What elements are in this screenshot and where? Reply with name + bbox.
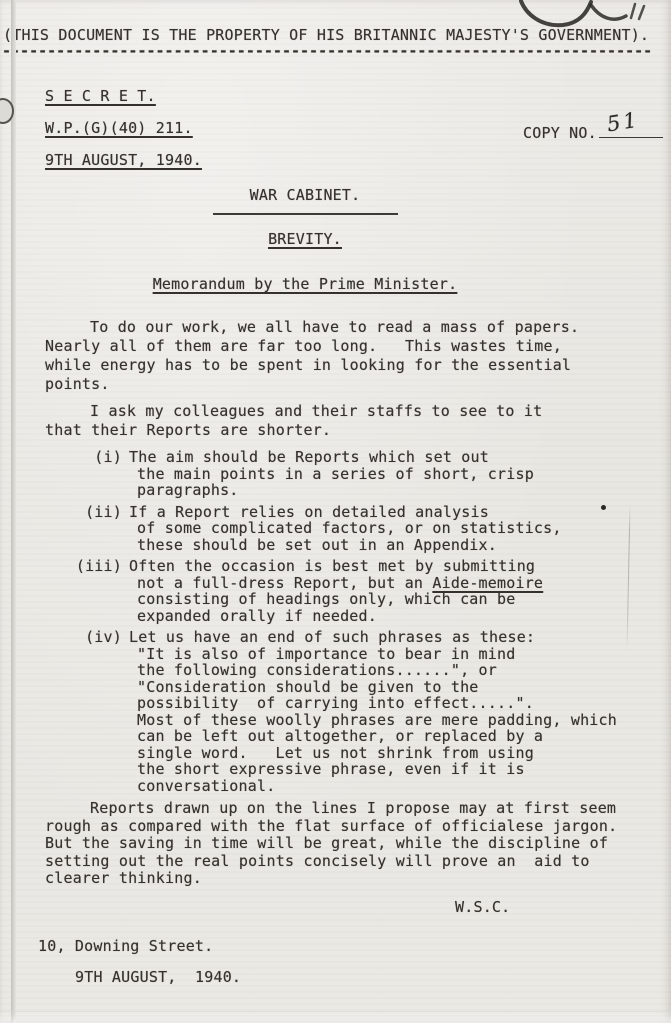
list-item: (iv) Let us have an end of such phrases … [45, 629, 671, 794]
address-line: 10, Downing Street. [38, 937, 671, 956]
list-item-marker: (i) [45, 449, 122, 499]
copy-number-value-handwritten: 51 [605, 110, 641, 136]
headings-block: WAR CABINET. BREVITY. Memorandum by the … [45, 186, 565, 294]
paper-reference: W.P.(G)(40) 211. [45, 119, 193, 137]
item-text-segment: Let us have an end of such phrases as th… [129, 628, 617, 795]
paragraph-2: I ask my colleagues and their staffs to … [45, 402, 671, 440]
list-item-text: Let us have an end of such phrases as th… [129, 629, 617, 794]
paragraph-1: To do our work, we all have to read a ma… [45, 318, 671, 394]
ink-speck [601, 505, 606, 510]
list-item: (ii) If a Report relies on detailed anal… [45, 504, 671, 554]
item-text-segment: The aim should be Reports which set out … [129, 448, 534, 499]
author-initials: W.S.C. [455, 898, 671, 917]
list-item-text: The aim should be Reports which set out … [129, 449, 534, 499]
copy-number: COPY NO.51 [523, 119, 663, 143]
paragraph-3: Reports drawn up on the lines I propose … [45, 800, 671, 888]
list-item-marker: (ii) [45, 504, 122, 554]
list-item-text: Often the occasion is best met by submit… [129, 558, 543, 624]
page-bottom-edge [0, 1011, 671, 1023]
item-text-segment: If a Report relies on detailed analysis … [129, 503, 562, 554]
list-item: (i) The aim should be Reports which set … [45, 449, 671, 499]
list-item-text: If a Report relies on detailed analysis … [129, 504, 562, 554]
document-title: BREVITY. [45, 230, 565, 249]
page-edge-highlight [11, 0, 16, 1023]
reference-row: W.P.(G)(40) 211. COPY NO.51 [45, 119, 671, 138]
handwritten-flourish-icon [513, 0, 663, 34]
dashed-rule: ----------------------------------------… [2, 42, 671, 61]
list-item: (iii) Often the occasion is best met by … [45, 558, 671, 624]
copy-number-label: COPY NO. [523, 124, 597, 142]
copy-number-line: 51 [599, 119, 663, 138]
classification-label: S E C R E T. [45, 87, 671, 106]
heading-rule [213, 213, 398, 215]
list-item-marker: (iv) [45, 629, 122, 794]
date-heading: 9TH AUGUST, 1940. [45, 151, 671, 170]
org-heading: WAR CABINET. [45, 186, 565, 205]
list-item-marker: (iii) [45, 558, 122, 624]
numbered-list: (i) The aim should be Reports which set … [0, 449, 671, 794]
document-page: (THIS DOCUMENT IS THE PROPERTY OF HIS BR… [0, 0, 671, 1023]
item-text-segment: consisting of headings only, which can b… [137, 590, 515, 625]
page-spine-shadow [0, 0, 11, 1023]
date-footer: 9TH AUGUST, 1940. [75, 968, 671, 987]
item-underlined-word: Aide-memoire [432, 574, 543, 592]
reference-block: S E C R E T. W.P.(G)(40) 211. COPY NO.51… [45, 87, 671, 170]
document-subtitle: Memorandum by the Prime Minister. [45, 275, 565, 294]
